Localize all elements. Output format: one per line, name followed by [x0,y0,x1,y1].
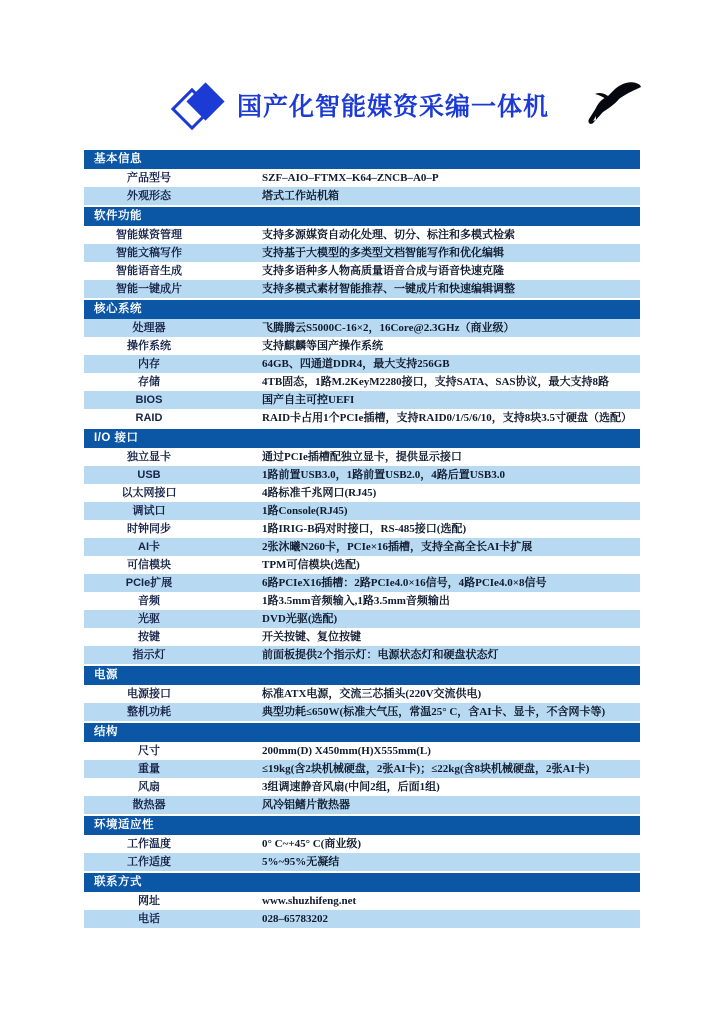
spec-value: 塔式工作站机箱 [214,187,640,205]
spec-row: 外观形态塔式工作站机箱 [84,187,640,205]
brand-logo-icon [175,81,225,129]
spec-value: 3组调速静音风扇(中间2组，后面1组) [214,778,640,796]
spec-row: 电源接口标准ATX电源，交流三芯插头(220V交流供电) [84,685,640,703]
spec-label: 音频 [84,592,214,610]
spec-label: 散热器 [84,796,214,814]
spec-row: 工作温度0° C~+45° C(商业级) [84,835,640,853]
spec-row: 重量≤19kg(含2块机械硬盘，2张AI卡)；≤22kg(含8块机械硬盘，2张A… [84,760,640,778]
spec-value: 国产自主可控UEFI [214,391,640,409]
spec-value: 前面板提供2个指示灯：电源状态灯和硬盘状态灯 [214,646,640,664]
spec-label: 工作温度 [84,835,214,853]
spec-row: 产品型号SZF–AIO–FTMX–K64–ZNCB–A0–P [84,169,640,187]
spec-row: 存储4TB固态，1路M.2KeyM2280接口，支持SATA、SAS协议，最大支… [84,373,640,391]
spec-row: 内存64GB、四通道DDR4，最大支持256GB [84,355,640,373]
spec-row: 工作适度5%~95%无凝结 [84,853,640,871]
spec-value: 4路标准千兆网口(RJ45) [214,484,640,502]
spec-label: 整机功耗 [84,703,214,721]
spec-value: 5%~95%无凝结 [214,853,640,871]
spec-value: 支持麒麟等国产操作系统 [214,337,640,355]
spec-table: 基本信息产品型号SZF–AIO–FTMX–K64–ZNCB–A0–P外观形态塔式… [84,148,640,928]
spec-value: 64GB、四通道DDR4，最大支持256GB [214,355,640,373]
spec-value: 支持多语种多人物高质量语音合成与语音快速克隆 [214,262,640,280]
spec-value: 1路前置USB3.0，1路前置USB2.0，4路后置USB3.0 [214,466,640,484]
spec-label: 网址 [84,892,214,910]
eagle-icon [584,78,646,128]
spec-row: RAIDRAID卡占用1个PCIe插槽，支持RAID0/1/5/6/10，支持8… [84,409,640,427]
spec-row: 风扇3组调速静音风扇(中间2组，后面1组) [84,778,640,796]
section-header: 环境适应性 [84,816,640,835]
spec-label: 光驱 [84,610,214,628]
spec-label: 智能媒资管理 [84,226,214,244]
spec-value: 风冷铝鳍片散热器 [214,796,640,814]
spec-value: 开关按键、复位按键 [214,628,640,646]
spec-label: 电源接口 [84,685,214,703]
spec-label: 电话 [84,910,214,928]
spec-row: 网址www.shuzhifeng.net [84,892,640,910]
spec-label: PCIe扩展 [84,574,214,592]
spec-label: 按键 [84,628,214,646]
spec-label: 尺寸 [84,742,214,760]
spec-row: 智能媒资管理支持多源媒资自动化处理、切分、标注和多模式检索 [84,226,640,244]
spec-row: 整机功耗典型功耗≤650W(标准大气压，常温25° C，含AI卡、显卡，不含网卡… [84,703,640,721]
spec-value: 200mm(D) X450mm(H)X555mm(L) [214,742,640,760]
spec-row: 尺寸200mm(D) X450mm(H)X555mm(L) [84,742,640,760]
spec-label: 工作适度 [84,853,214,871]
spec-row: 电话028–65783202 [84,910,640,928]
spec-label: 重量 [84,760,214,778]
spec-value: 飞腾腾云S5000C-16×2，16Core@2.3GHz（商业级） [214,319,640,337]
spec-row: 光驱DVD光驱(选配) [84,610,640,628]
spec-sheet-page: 国产化智能媒资采编一体机 基本信息产品型号SZF–AIO–FTMX–K64–ZN… [0,0,724,1024]
spec-label: 独立显卡 [84,448,214,466]
spec-row: 音频1路3.5mm音频输入,1路3.5mm音频输出 [84,592,640,610]
spec-row: 时钟同步1路IRIG-B码对时接口，RS-485接口(选配) [84,520,640,538]
page-title: 国产化智能媒资采编一体机 [237,87,549,123]
spec-value: 1路3.5mm音频输入,1路3.5mm音频输出 [214,592,640,610]
spec-value: 典型功耗≤650W(标准大气压，常温25° C，含AI卡、显卡，不含网卡等) [214,703,640,721]
spec-value: RAID卡占用1个PCIe插槽，支持RAID0/1/5/6/10，支持8块3.5… [214,409,640,427]
spec-value: 支持基于大模型的多类型文档智能写作和优化编辑 [214,244,640,262]
spec-row: 以太网接口4路标准千兆网口(RJ45) [84,484,640,502]
spec-value: 1路Console(RJ45) [214,502,640,520]
spec-row: 调试口1路Console(RJ45) [84,502,640,520]
spec-row: 可信模块TPM可信模块(选配) [84,556,640,574]
spec-row: 智能语音生成支持多语种多人物高质量语音合成与语音快速克隆 [84,262,640,280]
spec-label: 处理器 [84,319,214,337]
spec-label: 智能语音生成 [84,262,214,280]
spec-value: 支持多模式素材智能推荐、一键成片和快速编辑调整 [214,280,640,298]
section-header: 结构 [84,723,640,742]
spec-row: BIOS国产自主可控UEFI [84,391,640,409]
spec-row: 独立显卡通过PCIe插槽配独立显卡，提供显示接口 [84,448,640,466]
spec-value: 0° C~+45° C(商业级) [214,835,640,853]
section-header: 软件功能 [84,207,640,226]
section-header: 核心系统 [84,300,640,319]
spec-value: TPM可信模块(选配) [214,556,640,574]
spec-value: DVD光驱(选配) [214,610,640,628]
spec-label: 智能文稿写作 [84,244,214,262]
section-header: I/O 接口 [84,429,640,448]
spec-value: SZF–AIO–FTMX–K64–ZNCB–A0–P [214,169,640,187]
spec-value: 4TB固态，1路M.2KeyM2280接口，支持SATA、SAS协议，最大支持8… [214,373,640,391]
spec-label: 可信模块 [84,556,214,574]
spec-row: 按键开关按键、复位按键 [84,628,640,646]
spec-label: 内存 [84,355,214,373]
spec-label: 指示灯 [84,646,214,664]
spec-value: 1路IRIG-B码对时接口，RS-485接口(选配) [214,520,640,538]
spec-row: 操作系统支持麒麟等国产操作系统 [84,337,640,355]
spec-value: www.shuzhifeng.net [214,892,640,910]
spec-value: 6路PCIeX16插槽：2路PCIe4.0×16信号，4路PCIe4.0×8信号 [214,574,640,592]
spec-row: 智能文稿写作支持基于大模型的多类型文档智能写作和优化编辑 [84,244,640,262]
spec-row: 智能一键成片支持多模式素材智能推荐、一键成片和快速编辑调整 [84,280,640,298]
spec-row: 散热器风冷铝鳍片散热器 [84,796,640,814]
section-header: 联系方式 [84,873,640,892]
spec-label: 智能一键成片 [84,280,214,298]
section-header: 电源 [84,666,640,685]
spec-value: 支持多源媒资自动化处理、切分、标注和多模式检索 [214,226,640,244]
spec-label: RAID [84,409,214,427]
spec-label: 操作系统 [84,337,214,355]
spec-label: 存储 [84,373,214,391]
spec-row: USB1路前置USB3.0，1路前置USB2.0，4路后置USB3.0 [84,466,640,484]
spec-row: AI卡2张沐曦N260卡，PCIe×16插槽，支持全高全长AI卡扩展 [84,538,640,556]
spec-label: USB [84,466,214,484]
spec-label: AI卡 [84,538,214,556]
spec-row: PCIe扩展6路PCIeX16插槽：2路PCIe4.0×16信号，4路PCIe4… [84,574,640,592]
spec-value: 2张沐曦N260卡，PCIe×16插槽，支持全高全长AI卡扩展 [214,538,640,556]
spec-label: 调试口 [84,502,214,520]
spec-label: 产品型号 [84,169,214,187]
spec-value: 通过PCIe插槽配独立显卡，提供显示接口 [214,448,640,466]
spec-label: 时钟同步 [84,520,214,538]
spec-label: 外观形态 [84,187,214,205]
page-header: 国产化智能媒资采编一体机 [84,76,640,134]
spec-row: 处理器飞腾腾云S5000C-16×2，16Core@2.3GHz（商业级） [84,319,640,337]
spec-value: 028–65783202 [214,910,640,928]
spec-row: 指示灯前面板提供2个指示灯：电源状态灯和硬盘状态灯 [84,646,640,664]
spec-label: 以太网接口 [84,484,214,502]
spec-value: ≤19kg(含2块机械硬盘，2张AI卡)；≤22kg(含8块机械硬盘，2张AI卡… [214,760,640,778]
spec-label: 风扇 [84,778,214,796]
spec-value: 标准ATX电源，交流三芯插头(220V交流供电) [214,685,640,703]
spec-label: BIOS [84,391,214,409]
section-header: 基本信息 [84,150,640,169]
